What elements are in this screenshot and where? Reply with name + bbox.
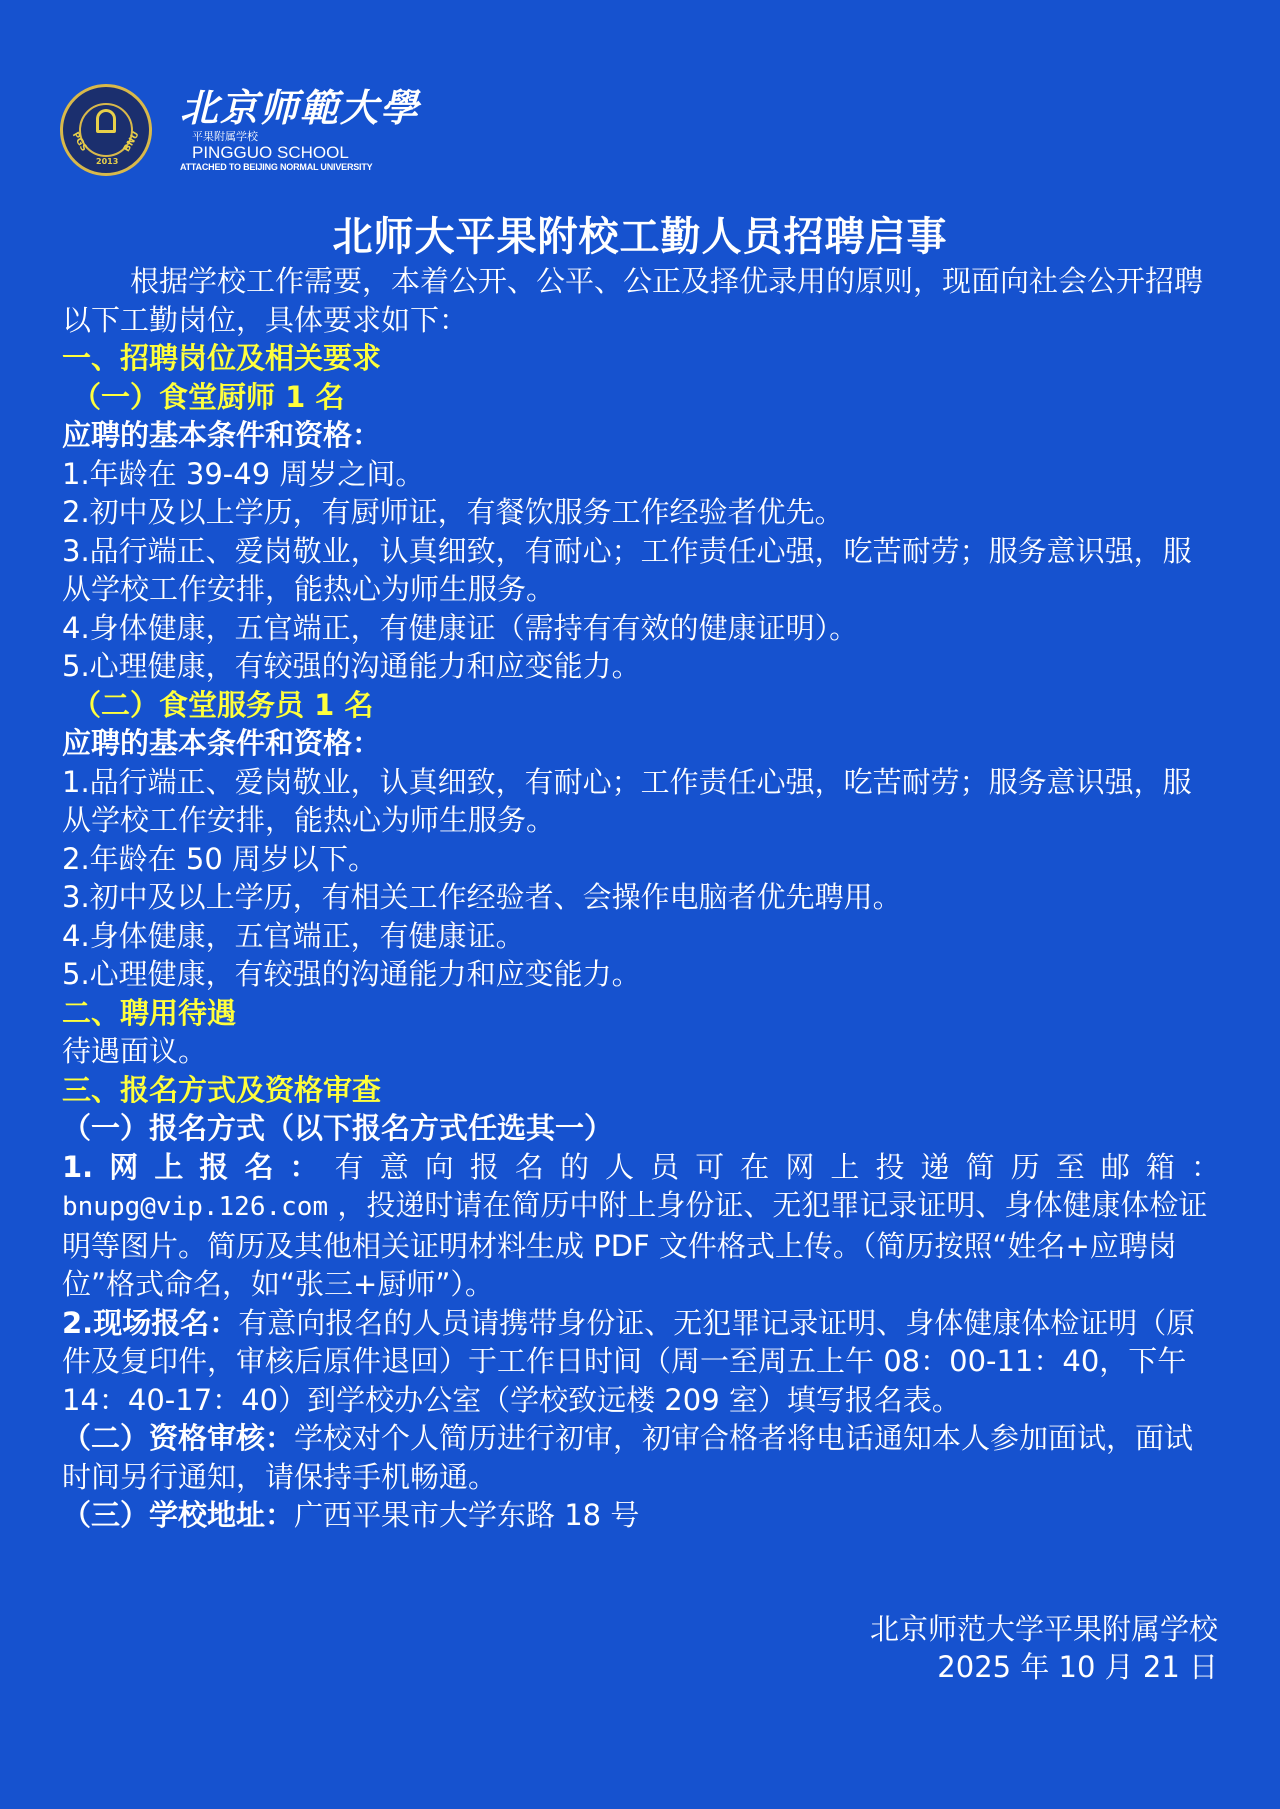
onsite-registration-label: 2.现场报名：: [62, 1306, 238, 1340]
position1-requirements-label: 应聘的基本条件和资格：: [62, 416, 1220, 455]
position1-heading: （一）食堂厨师 1 名: [62, 378, 1220, 417]
position1-item: 4.身体健康，五官端正，有健康证（需持有有效的健康证明）。: [62, 609, 1220, 648]
school-seal-logo: PGS BNU 2013: [60, 84, 152, 176]
position2-item: 2.年龄在 50 周岁以下。: [62, 840, 1220, 879]
position2-item: 3.初中及以上学历，有相关工作经验者、会操作电脑者优先聘用。: [62, 878, 1220, 917]
bell-icon: [96, 109, 116, 133]
notice-body: 根据学校工作需要，本着公开、公平、公正及择优录用的原则，现面向社会公开招聘以下工…: [62, 262, 1220, 1535]
position1-item: 5.心理健康，有较强的沟通能力和应变能力。: [62, 647, 1220, 686]
seal-year: 2013: [96, 157, 118, 166]
section1-heading: 一、招聘岗位及相关要求: [62, 339, 1220, 378]
section3-heading: 三、报名方式及资格审查: [62, 1071, 1220, 1110]
onsite-registration: 2.现场报名：有意向报名的人员请携带身份证、无犯罪记录证明、身体健康体检证明（原…: [62, 1304, 1220, 1420]
brand-chinese-name: 北京师範大學: [180, 89, 420, 127]
online-registration-text: 有意向报名的人员可在网上投递简历至邮箱：: [335, 1150, 1220, 1184]
brand-english-name: PINGGUO SCHOOL: [192, 144, 420, 161]
school-address: （三）学校地址：广西平果市大学东路 18 号: [62, 1496, 1220, 1535]
position2-requirements-label: 应聘的基本条件和资格：: [62, 724, 1220, 763]
intro-paragraph: 根据学校工作需要，本着公开、公平、公正及择优录用的原则，现面向社会公开招聘以下工…: [62, 262, 1220, 339]
school-address-text: 广西平果市大学东路 18 号: [294, 1498, 639, 1532]
brand-subtitle: 平果附属学校: [192, 131, 420, 142]
qualification-review: （二）资格审核：学校对个人简历进行初审，初审合格者将电话通知本人参加面试，面试时…: [62, 1419, 1220, 1496]
salary-text: 待遇面议。: [62, 1032, 1220, 1071]
school-address-label: （三）学校地址：: [62, 1498, 294, 1532]
school-header: PGS BNU 2013 北京师範大學 平果附属学校 PINGGUO SCHOO…: [60, 80, 420, 180]
position1-item: 2.初中及以上学历，有厨师证，有餐饮服务工作经验者优先。: [62, 493, 1220, 532]
position2-item: 5.心理健康，有较强的沟通能力和应变能力。: [62, 955, 1220, 994]
email-link[interactable]: bnupg@vip.126.com: [62, 1192, 328, 1222]
registration-method-heading: （一）报名方式（以下报名方式任选其一）: [62, 1109, 1220, 1148]
position1-item: 1.年龄在 39-49 周岁之间。: [62, 455, 1220, 494]
issue-date: 2025 年 10 月 21 日: [870, 1648, 1218, 1686]
online-registration-details: bnupg@vip.126.com ，投递时请在简历中附上身份证、无犯罪记录证明…: [62, 1186, 1220, 1304]
position2-item: 4.身体健康，五官端正，有健康证。: [62, 917, 1220, 956]
online-registration-line: 1.网上报名：有意向报名的人员可在网上投递简历至邮箱：: [62, 1148, 1220, 1187]
position1-item: 3.品行端正、爱岗敬业，认真细致，有耐心；工作责任心强，吃苦耐劳；服务意识强，服…: [62, 532, 1220, 609]
position2-heading: （二）食堂服务员 1 名: [62, 686, 1220, 725]
school-brand: 北京师範大學 平果附属学校 PINGGUO SCHOOL ATTACHED TO…: [180, 89, 420, 172]
brand-english-subtitle: ATTACHED TO BEIJING NORMAL UNIVERSITY: [180, 163, 420, 172]
issuing-organization: 北京师范大学平果附属学校: [870, 1610, 1218, 1648]
signature-block: 北京师范大学平果附属学校 2025 年 10 月 21 日: [870, 1610, 1218, 1686]
page-title: 北师大平果附校工勤人员招聘启事: [0, 205, 1280, 262]
online-registration-label: 1.网上报名：: [62, 1150, 335, 1184]
section2-heading: 二、聘用待遇: [62, 994, 1220, 1033]
position2-item: 1.品行端正、爱岗敬业，认真细致，有耐心；工作责任心强，吃苦耐劳；服务意识强，服…: [62, 763, 1220, 840]
qualification-review-label: （二）资格审核：: [62, 1421, 294, 1455]
